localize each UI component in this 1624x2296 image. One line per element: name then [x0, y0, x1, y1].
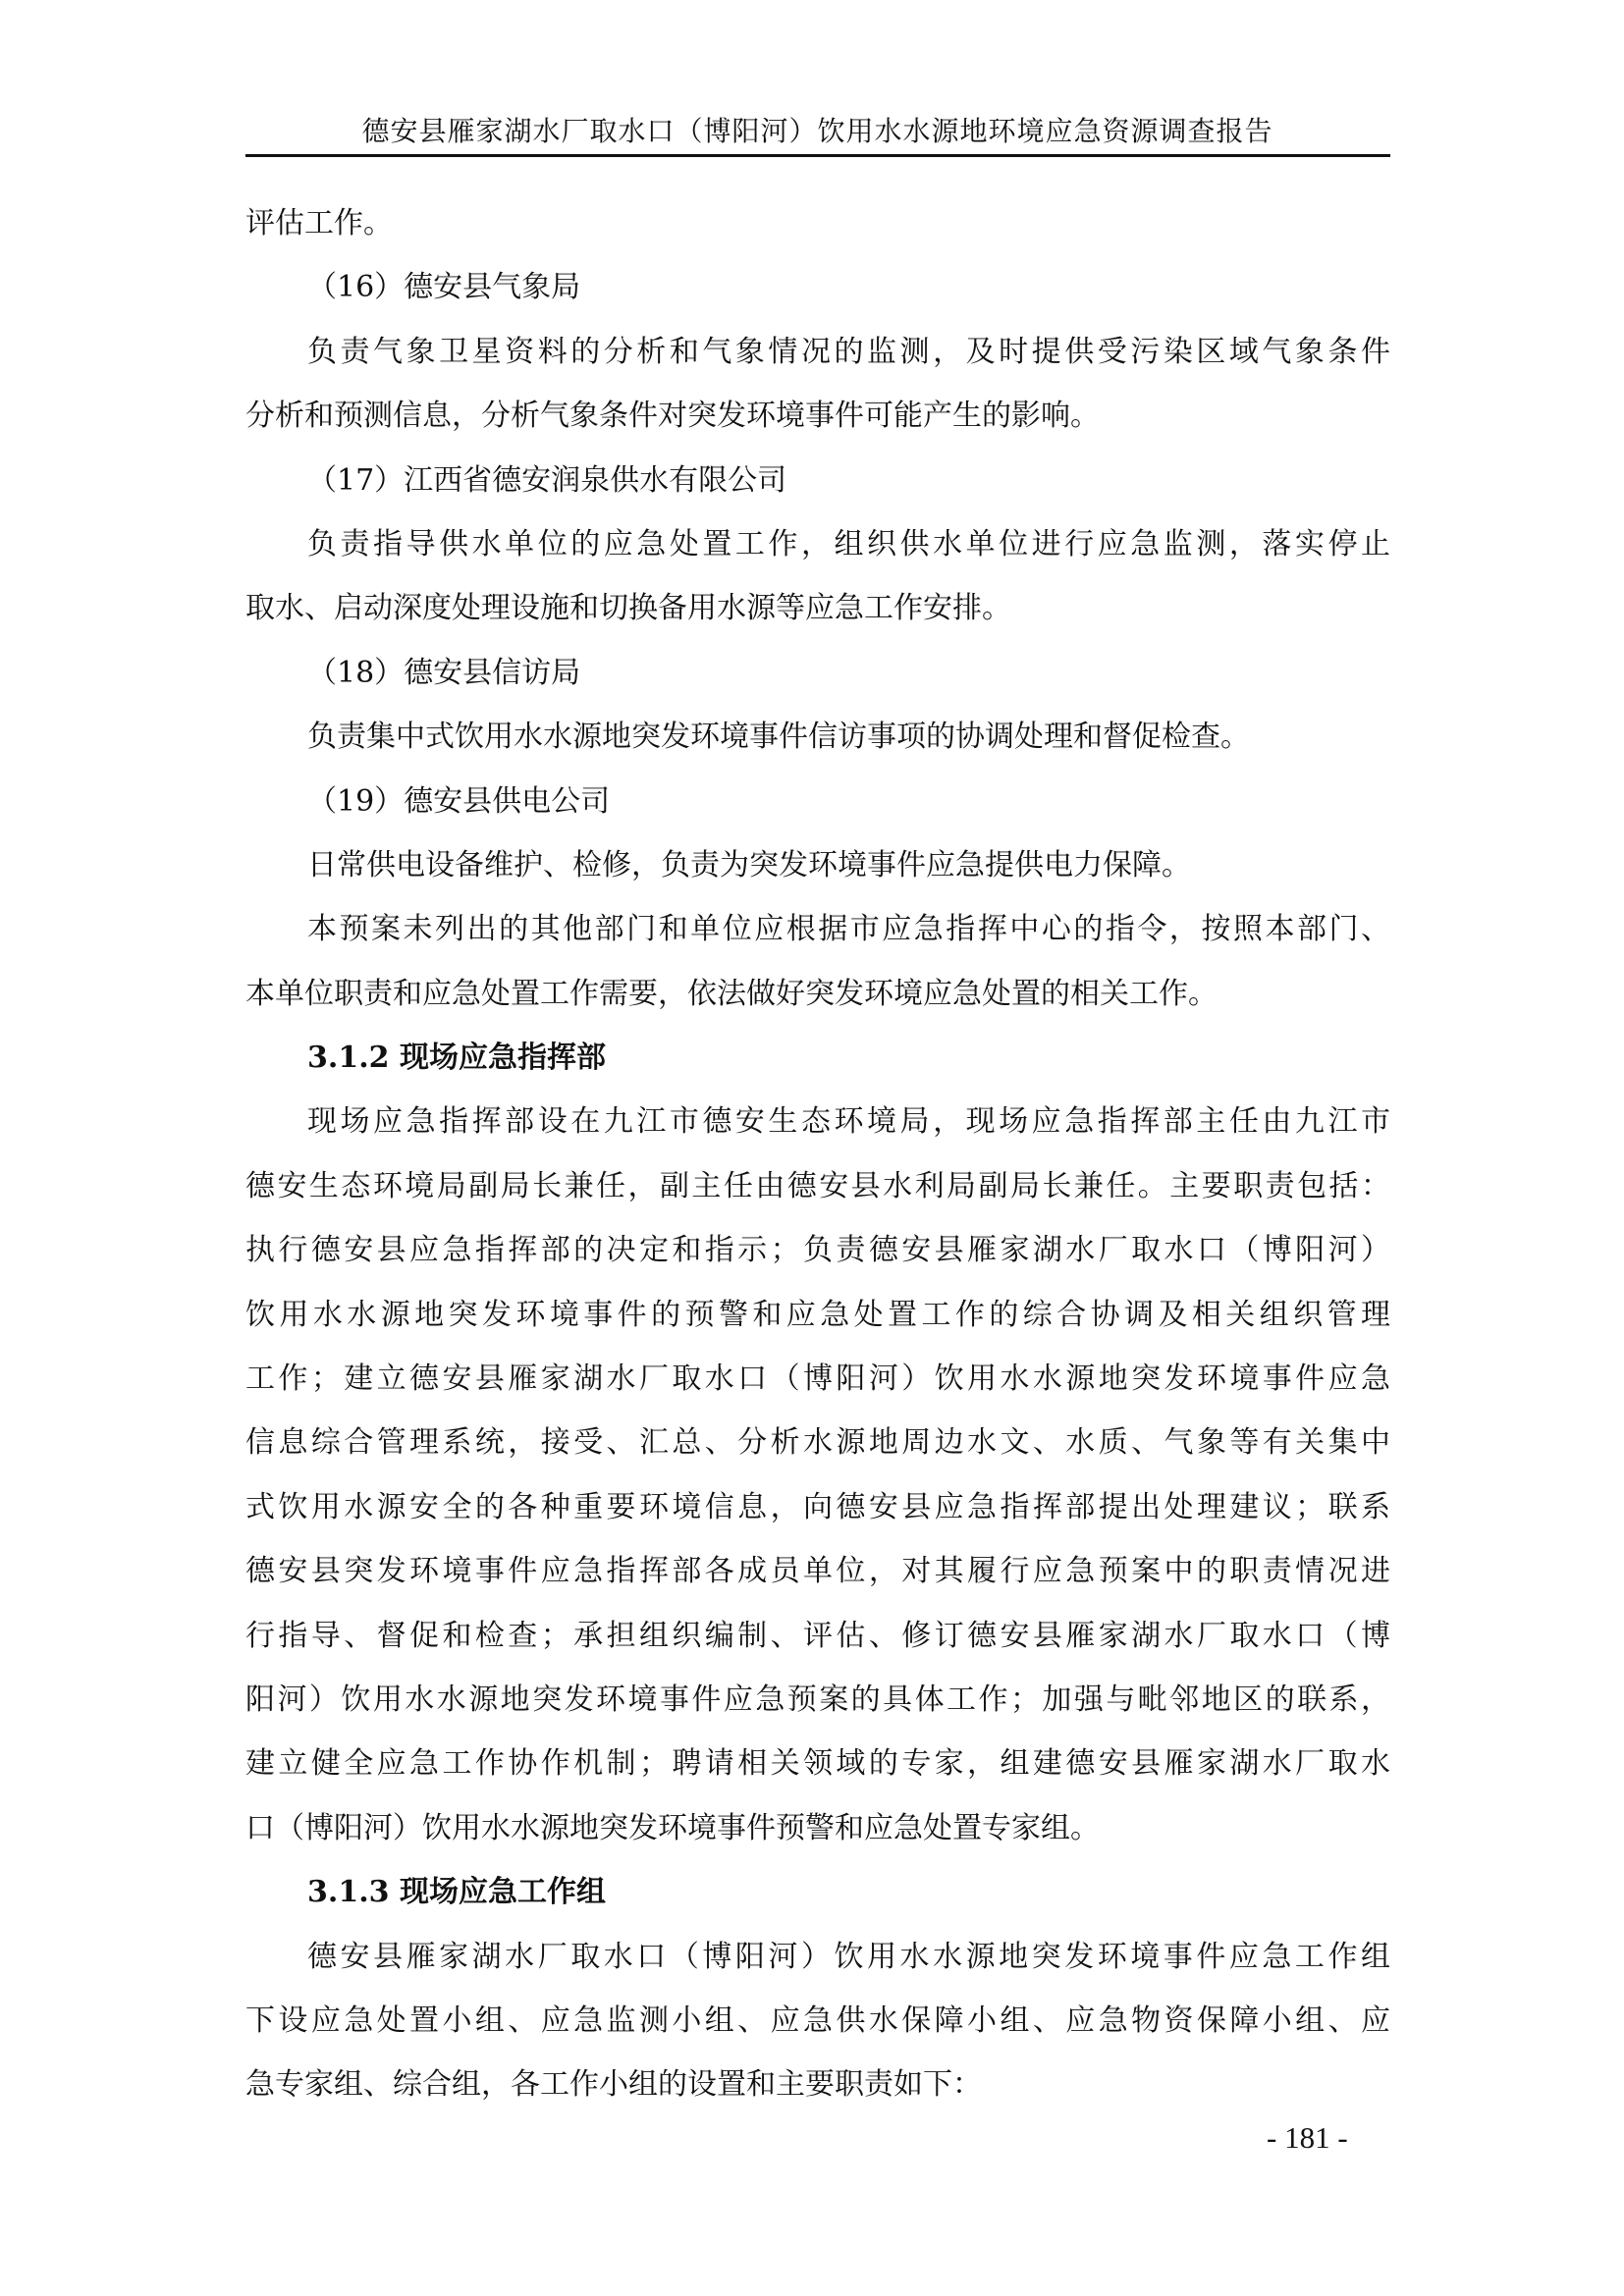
section-heading: 3.1.3 现场应急工作组: [245, 1860, 1390, 1924]
paragraph-line: 饮用水水源地突发环境事件的预警和应急处置工作的综合协调及相关组织管理: [245, 1283, 1390, 1347]
paragraph-line: 评估工作。: [245, 191, 1390, 255]
paragraph-line: 分析和预测信息，分析气象条件对突发环境事件可能产生的影响。: [245, 384, 1390, 448]
paragraph-line: 信息综合管理系统，接受、汇总、分析水源地周边水文、水质、气象等有关集中: [245, 1411, 1390, 1474]
paragraph-line: 执行德安县应急指挥部的决定和指示；负责德安县雁家湖水厂取水口（博阳河）: [245, 1218, 1390, 1282]
paragraph-line: 德安县突发环境事件应急指挥部各成员单位，对其履行应急预案中的职责情况进: [245, 1539, 1390, 1603]
paragraph-line: 工作；建立德安县雁家湖水厂取水口（博阳河）饮用水水源地突发环境事件应急: [245, 1347, 1390, 1411]
document-body: 评估工作。（16）德安县气象局负责气象卫星资料的分析和气象情况的监测，及时提供受…: [245, 191, 1390, 2117]
paragraph-line: 本预案未列出的其他部门和单位应根据市应急指挥中心的指令，按照本部门、: [245, 897, 1390, 961]
paragraph-line: 本单位职责和应急处置工作需要，依法做好突发环境应急处置的相关工作。: [245, 962, 1390, 1026]
list-item-title: （18）德安县信访局: [245, 641, 1390, 705]
paragraph-line: 负责集中式饮用水水源地突发环境事件信访事项的协调处理和督促检查。: [245, 705, 1390, 769]
section-heading: 3.1.2 现场应急指挥部: [245, 1026, 1390, 1090]
paragraph-line: 式饮用水源安全的各种重要环境信息，向德安县应急指挥部提出处理建议；联系: [245, 1475, 1390, 1539]
paragraph-line: 负责气象卫星资料的分析和气象情况的监测，及时提供受污染区域气象条件: [245, 320, 1390, 384]
paragraph-line: 口（博阳河）饮用水水源地突发环境事件预警和应急处置专家组。: [245, 1796, 1390, 1860]
list-item-title: （17）江西省德安润泉供水有限公司: [245, 449, 1390, 512]
paragraph-line: 阳河）饮用水水源地突发环境事件应急预案的具体工作；加强与毗邻地区的联系，: [245, 1668, 1390, 1732]
paragraph-line: 德安县雁家湖水厂取水口（博阳河）饮用水水源地突发环境事件应急工作组: [245, 1925, 1390, 1989]
paragraph-line: 下设应急处置小组、应急监测小组、应急供水保障小组、应急物资保障小组、应: [245, 1989, 1390, 2053]
paragraph-line: 行指导、督促和检查；承担组织编制、评估、修订德安县雁家湖水厂取水口（博: [245, 1604, 1390, 1668]
page-number: - 181 -: [1267, 2120, 1348, 2156]
paragraph-line: 现场应急指挥部设在九江市德安生态环境局，现场应急指挥部主任由九江市: [245, 1090, 1390, 1153]
list-item-title: （19）德安县供电公司: [245, 770, 1390, 833]
paragraph-line: 德安生态环境局副局长兼任，副主任由德安县水利局副局长兼任。主要职责包括：: [245, 1154, 1390, 1218]
paragraph-line: 急专家组、综合组，各工作小组的设置和主要职责如下：: [245, 2053, 1390, 2116]
paragraph-line: 负责指导供水单位的应急处置工作，组织供水单位进行应急监测，落实停止: [245, 512, 1390, 576]
list-item-title: （16）德安县气象局: [245, 255, 1390, 319]
header-divider: [245, 154, 1390, 157]
page-header-title: 德安县雁家湖水厂取水口（博阳河）饮用水水源地环境应急资源调查报告: [245, 114, 1389, 149]
paragraph-line: 日常供电设备维护、检修，负责为突发环境事件应急提供电力保障。: [245, 833, 1390, 897]
paragraph-line: 取水、启动深度处理设施和切换备用水源等应急工作安排。: [245, 576, 1390, 640]
paragraph-line: 建立健全应急工作协作机制；聘请相关领域的专家，组建德安县雁家湖水厂取水: [245, 1732, 1390, 1795]
